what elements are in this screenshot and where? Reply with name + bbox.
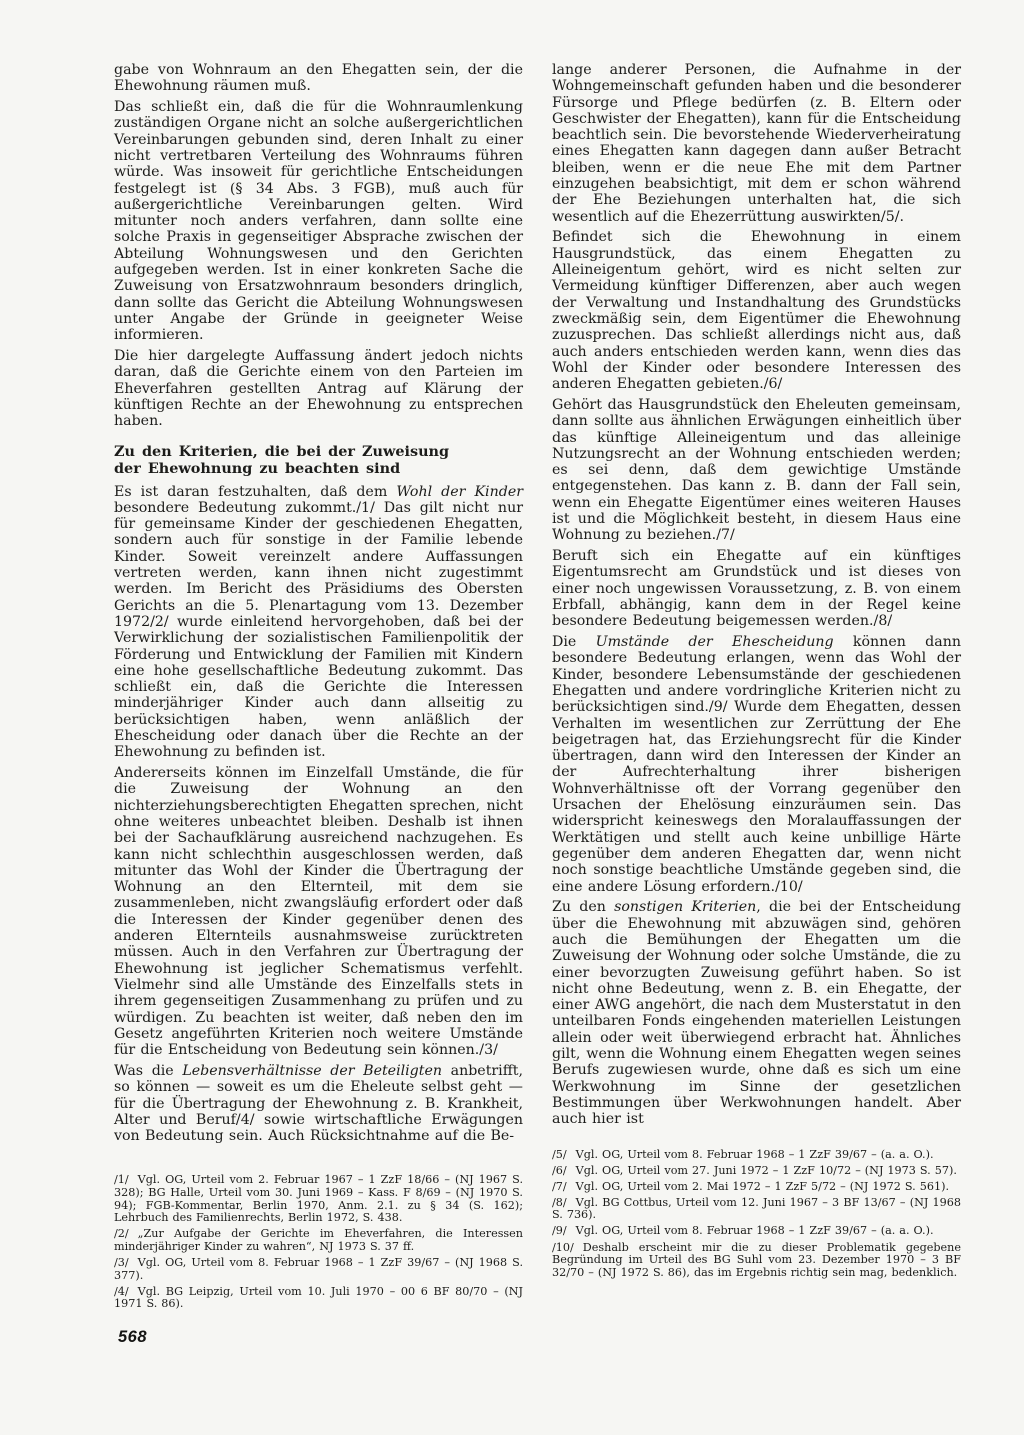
footnote: /9/Vgl. OG, Urteil vom 8. Februar 1968 –… (552, 1225, 961, 1238)
text-run: können dann besondere Bedeutung erlangen… (552, 634, 961, 894)
body-paragraph: Was die Lebensverhältnisse der Beteiligt… (114, 1063, 523, 1144)
two-column-layout: gabe von Wohnraum an den Ehegatten sein,… (114, 62, 1024, 1347)
text-run: Die hier dargelegte Auffassung ändert je… (114, 348, 523, 429)
footnote-text: „Zur Aufgabe der Gerichte im Eheverfahre… (114, 1227, 523, 1253)
footnote-marker: /9/ (552, 1224, 567, 1237)
left-column-body-text: gabe von Wohnraum an den Ehegatten sein,… (114, 62, 523, 1144)
text-run: Was die (114, 1063, 182, 1079)
body-paragraph: Die Umstände der Ehescheidung können dan… (552, 634, 961, 895)
footnote: /3/Vgl. OG, Urteil vom 8. Februar 1968 –… (114, 1257, 523, 1282)
section-heading: Zu den Kriterien, die bei der Zuweisungd… (114, 443, 523, 477)
right-column-body-text: lange anderer Personen, die Aufnahme in … (552, 62, 961, 1128)
left-column: gabe von Wohnraum an den Ehegatten sein,… (114, 62, 523, 1347)
text-run: der Ehewohnung zu beachten sind (114, 460, 400, 477)
text-run: Gehört das Hausgrundstück den Eheleuten … (552, 397, 961, 543)
body-paragraph: lange anderer Personen, die Aufnahme in … (552, 62, 961, 225)
footnote: /10/Deshalb erscheint mir die zu dieser … (552, 1242, 961, 1280)
body-paragraph: Zu den sonstigen Kriterien, die bei der … (552, 899, 961, 1127)
text-run: , die bei der Entscheidung über die Ehew… (552, 899, 961, 1127)
text-run: Zu den (552, 899, 614, 915)
footnote-marker: /10/ (552, 1241, 574, 1254)
text-run: besondere Bedeutung zukommt./1/ Das gilt… (114, 500, 523, 760)
body-paragraph: Das schließt ein, daß die für die Wohnra… (114, 99, 523, 343)
footnote: /6/Vgl. OG, Urteil vom 27. Juni 1972 – 1… (552, 1165, 961, 1178)
scanned-journal-page: gabe von Wohnraum an den Ehegatten sein,… (0, 0, 1024, 1435)
right-column-footnotes: /5/Vgl. OG, Urteil vom 8. Februar 1968 –… (552, 1149, 961, 1280)
footnote: /5/Vgl. OG, Urteil vom 8. Februar 1968 –… (552, 1149, 961, 1162)
footnote-marker: /1/ (114, 1173, 129, 1186)
italic-phrase: Wohl der Kinder (396, 484, 523, 500)
italic-phrase: sonstigen Kriterien (614, 899, 756, 915)
footnote-text: Vgl. OG, Urteil vom 2. Februar 1967 – 1 … (114, 1173, 523, 1224)
footnote-text: Vgl. OG, Urteil vom 8. Februar 1968 – 1 … (576, 1148, 934, 1161)
footnote-marker: /5/ (552, 1148, 567, 1161)
body-paragraph: Befindet sich die Ehewohnung in einem Ha… (552, 229, 961, 392)
footnote-marker: /3/ (114, 1256, 129, 1269)
text-run: Die (552, 634, 596, 650)
body-paragraph: Es ist daran festzuhalten, daß dem Wohl … (114, 484, 523, 761)
body-paragraph: Gehört das Hausgrundstück den Eheleuten … (552, 397, 961, 544)
text-run: gabe von Wohnraum an den Ehegatten sein,… (114, 62, 523, 94)
footnote-text: Vgl. OG, Urteil vom 8. Februar 1968 – 1 … (576, 1224, 934, 1237)
footnote: /4/Vgl. BG Leipzig, Urteil vom 10. Juli … (114, 1286, 523, 1311)
footnote-marker: /7/ (552, 1180, 567, 1193)
footnote-text: Deshalb erscheint mir die zu dieser Prob… (552, 1241, 961, 1279)
body-paragraph: gabe von Wohnraum an den Ehegatten sein,… (114, 62, 523, 95)
footnote-text: Vgl. OG, Urteil vom 27. Juni 1972 – 1 Zz… (576, 1164, 957, 1177)
footnote: /7/Vgl. OG, Urteil vom 2. Mai 1972 – 1 Z… (552, 1181, 961, 1194)
footnote: /8/Vgl. BG Cottbus, Urteil vom 12. Juni … (552, 1197, 961, 1222)
text-run: Es ist daran festzuhalten, daß dem (114, 484, 396, 500)
footnote: /1/Vgl. OG, Urteil vom 2. Februar 1967 –… (114, 1174, 523, 1224)
footnote-text: Vgl. BG Leipzig, Urteil vom 10. Juli 197… (114, 1285, 523, 1311)
text-run: lange anderer Personen, die Aufnahme in … (552, 62, 961, 225)
footnote-marker: /2/ (114, 1227, 129, 1240)
italic-phrase: Lebensverhältnisse der Beteiligten (182, 1063, 442, 1079)
footnote-marker: /6/ (552, 1164, 567, 1177)
text-run: Befindet sich die Ehewohnung in einem Ha… (552, 229, 961, 392)
body-paragraph: Beruft sich ein Ehegatte auf ein künftig… (552, 548, 961, 629)
body-paragraph: Die hier dargelegte Auffassung ändert je… (114, 348, 523, 429)
italic-phrase: Umstände der Ehescheidung (596, 634, 834, 650)
left-column-footnotes: /1/Vgl. OG, Urteil vom 2. Februar 1967 –… (114, 1174, 523, 1310)
footnote-marker: /4/ (114, 1285, 129, 1298)
text-run: Andererseits können im Einzelfall Umstän… (114, 765, 523, 1058)
right-column: lange anderer Personen, die Aufnahme in … (552, 62, 961, 1347)
footnote: /2/„Zur Aufgabe der Gerichte im Eheverfa… (114, 1228, 523, 1253)
page-number: 568 (118, 1328, 523, 1347)
text-run: Das schließt ein, daß die für die Wohnra… (114, 99, 523, 343)
footnote-marker: /8/ (552, 1196, 567, 1209)
footnote-text: Vgl. BG Cottbus, Urteil vom 12. Juni 196… (552, 1196, 961, 1222)
body-paragraph: Andererseits können im Einzelfall Umstän… (114, 765, 523, 1058)
footnote-text: Vgl. OG, Urteil vom 2. Mai 1972 – 1 ZzF … (576, 1180, 949, 1193)
footnote-text: Vgl. OG, Urteil vom 8. Februar 1968 – 1 … (114, 1256, 523, 1282)
text-run: Beruft sich ein Ehegatte auf ein künftig… (552, 548, 961, 629)
text-run: Zu den Kriterien, die bei der Zuweisung (114, 443, 449, 460)
